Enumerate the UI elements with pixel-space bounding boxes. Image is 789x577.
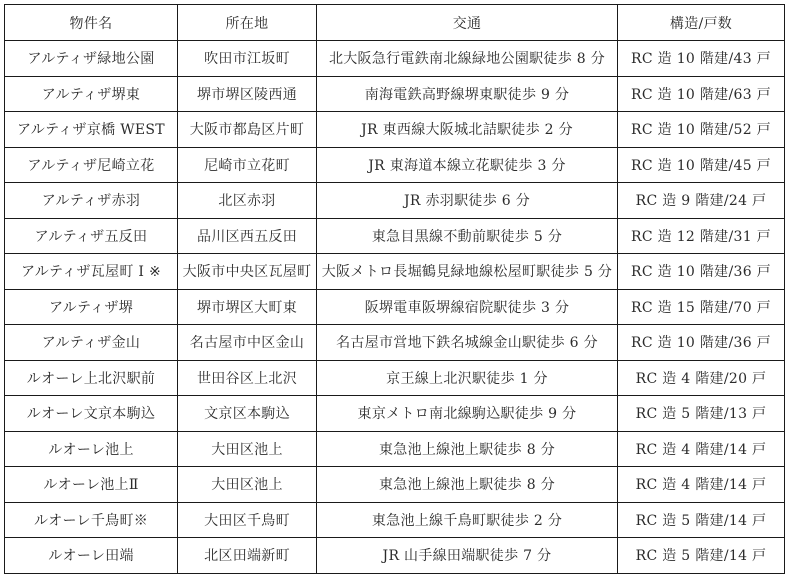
table-row: アルティザ堺 堺市堺区大町東 阪堺電車阪堺線宿院駅徒歩 3 分 RC 造 15 …	[5, 289, 785, 325]
access: 阪堺電車阪堺線宿院駅徒歩 3 分	[317, 289, 618, 325]
location: 大阪市中央区瓦屋町	[178, 254, 317, 290]
property-name: ルオーレ千鳥町※	[5, 502, 178, 538]
table-row: アルティザ瓦屋町 I ※ 大阪市中央区瓦屋町 大阪メトロ長堀鶴見緑地線松屋町駅徒…	[5, 254, 785, 290]
location: 大田区池上	[178, 431, 317, 467]
structure-units: RC 造 10 階建/43 戸	[618, 41, 785, 77]
structure-units: RC 造 4 階建/14 戸	[618, 431, 785, 467]
table-row: アルティザ緑地公園 吹田市江坂町 北大阪急行電鉄南北線緑地公園駅徒歩 8 分 R…	[5, 41, 785, 77]
table-row: ルオーレ文京本駒込 文京区本駒込 東京メトロ南北線駒込駅徒歩 9 分 RC 造 …	[5, 396, 785, 432]
location: 品川区西五反田	[178, 218, 317, 254]
access: 東急池上線千鳥町駅徒歩 2 分	[317, 502, 618, 538]
table-row: アルティザ堺東 堺市堺区陵西通 南海電鉄高野線堺東駅徒歩 9 分 RC 造 10…	[5, 76, 785, 112]
location: 北区赤羽	[178, 183, 317, 219]
access: 京王線上北沢駅徒歩 1 分	[317, 360, 618, 396]
header-location: 所在地	[178, 5, 317, 41]
access: 北大阪急行電鉄南北線緑地公園駅徒歩 8 分	[317, 41, 618, 77]
property-name: アルティザ瓦屋町 I ※	[5, 254, 178, 290]
header-row: 物件名 所在地 交通 構造/戸数	[5, 5, 785, 41]
table-row: アルティザ金山 名古屋市中区金山 名古屋市営地下鉄名城線金山駅徒歩 6 分 RC…	[5, 325, 785, 361]
table-row: ルオーレ池上Ⅱ 大田区池上 東急池上線池上駅徒歩 8 分 RC 造 4 階建/1…	[5, 467, 785, 503]
access: JR 東海道本線立花駅徒歩 3 分	[317, 147, 618, 183]
property-name: アルティザ赤羽	[5, 183, 178, 219]
structure-units: RC 造 4 階建/20 戸	[618, 360, 785, 396]
access: JR 東西線大阪城北詰駅徒歩 2 分	[317, 112, 618, 148]
location: 尼崎市立花町	[178, 147, 317, 183]
table-row: アルティザ尼崎立花 尼崎市立花町 JR 東海道本線立花駅徒歩 3 分 RC 造 …	[5, 147, 785, 183]
location: 吹田市江坂町	[178, 41, 317, 77]
access: 大阪メトロ長堀鶴見緑地線松屋町駅徒歩 5 分	[317, 254, 618, 290]
property-name: ルオーレ池上	[5, 431, 178, 467]
structure-units: RC 造 15 階建/70 戸	[618, 289, 785, 325]
access: 東急目黒線不動前駅徒歩 5 分	[317, 218, 618, 254]
structure-units: RC 造 10 階建/45 戸	[618, 147, 785, 183]
property-name: アルティザ京橋 WEST	[5, 112, 178, 148]
access: 東急池上線池上駅徒歩 8 分	[317, 431, 618, 467]
structure-units: RC 造 5 階建/14 戸	[618, 538, 785, 574]
property-name: アルティザ堺東	[5, 76, 178, 112]
access: 東急池上線池上駅徒歩 8 分	[317, 467, 618, 503]
access: 南海電鉄高野線堺東駅徒歩 9 分	[317, 76, 618, 112]
location: 堺市堺区陵西通	[178, 76, 317, 112]
property-name: アルティザ尼崎立花	[5, 147, 178, 183]
location: 大阪市都島区片町	[178, 112, 317, 148]
structure-units: RC 造 9 階建/24 戸	[618, 183, 785, 219]
location: 名古屋市中区金山	[178, 325, 317, 361]
property-name: ルオーレ文京本駒込	[5, 396, 178, 432]
table-row: ルオーレ池上 大田区池上 東急池上線池上駅徒歩 8 分 RC 造 4 階建/14…	[5, 431, 785, 467]
location: 大田区千鳥町	[178, 502, 317, 538]
structure-units: RC 造 4 階建/14 戸	[618, 467, 785, 503]
location: 堺市堺区大町東	[178, 289, 317, 325]
property-name: ルオーレ池上Ⅱ	[5, 467, 178, 503]
structure-units: RC 造 5 階建/14 戸	[618, 502, 785, 538]
table-row: アルティザ京橋 WEST 大阪市都島区片町 JR 東西線大阪城北詰駅徒歩 2 分…	[5, 112, 785, 148]
location: 世田谷区上北沢	[178, 360, 317, 396]
table-row: アルティザ赤羽 北区赤羽 JR 赤羽駅徒歩 6 分 RC 造 9 階建/24 戸	[5, 183, 785, 219]
access: 名古屋市営地下鉄名城線金山駅徒歩 6 分	[317, 325, 618, 361]
location: 北区田端新町	[178, 538, 317, 574]
property-name: アルティザ堺	[5, 289, 178, 325]
structure-units: RC 造 5 階建/13 戸	[618, 396, 785, 432]
access: JR 赤羽駅徒歩 6 分	[317, 183, 618, 219]
table-row: ルオーレ田端 北区田端新町 JR 山手線田端駅徒歩 7 分 RC 造 5 階建/…	[5, 538, 785, 574]
access: 東京メトロ南北線駒込駅徒歩 9 分	[317, 396, 618, 432]
property-name: アルティザ金山	[5, 325, 178, 361]
property-name: アルティザ五反田	[5, 218, 178, 254]
header-access: 交通	[317, 5, 618, 41]
property-table: 物件名 所在地 交通 構造/戸数 アルティザ緑地公園 吹田市江坂町 北大阪急行電…	[4, 4, 785, 574]
location: 大田区池上	[178, 467, 317, 503]
table-row: ルオーレ千鳥町※ 大田区千鳥町 東急池上線千鳥町駅徒歩 2 分 RC 造 5 階…	[5, 502, 785, 538]
structure-units: RC 造 10 階建/52 戸	[618, 112, 785, 148]
structure-units: RC 造 10 階建/63 戸	[618, 76, 785, 112]
structure-units: RC 造 10 階建/36 戸	[618, 325, 785, 361]
property-name: アルティザ緑地公園	[5, 41, 178, 77]
structure-units: RC 造 12 階建/31 戸	[618, 218, 785, 254]
location: 文京区本駒込	[178, 396, 317, 432]
structure-units: RC 造 10 階建/36 戸	[618, 254, 785, 290]
property-name: ルオーレ田端	[5, 538, 178, 574]
access: JR 山手線田端駅徒歩 7 分	[317, 538, 618, 574]
property-name: ルオーレ上北沢駅前	[5, 360, 178, 396]
header-property-name: 物件名	[5, 5, 178, 41]
table-row: ルオーレ上北沢駅前 世田谷区上北沢 京王線上北沢駅徒歩 1 分 RC 造 4 階…	[5, 360, 785, 396]
table-row: アルティザ五反田 品川区西五反田 東急目黒線不動前駅徒歩 5 分 RC 造 12…	[5, 218, 785, 254]
header-structure-units: 構造/戸数	[618, 5, 785, 41]
